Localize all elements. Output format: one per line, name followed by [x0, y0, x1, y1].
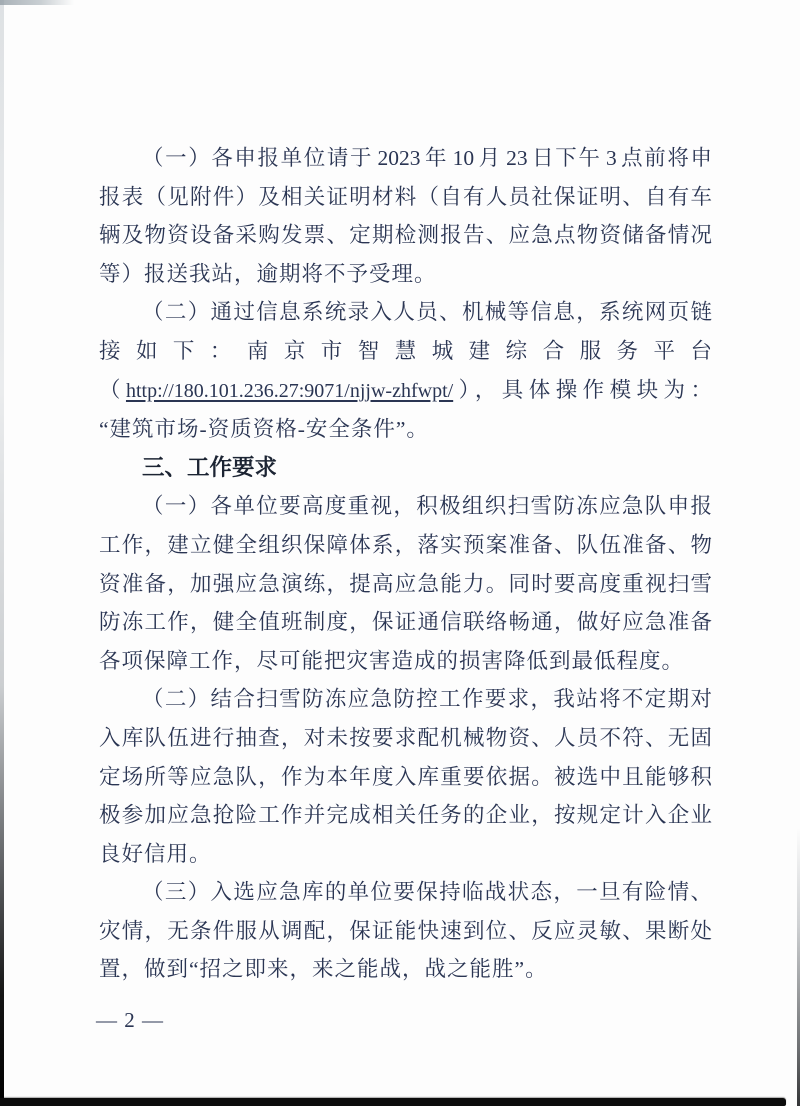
paragraph-information-system: （二）通过信息系统录入人员、机械等信息，系统网页链 接如下：南京市智慧城建综合服…	[99, 293, 712, 448]
text-line: 防冻工作，健全值班制度，保证通信联络畅通，做好应急准备	[99, 603, 712, 642]
text-line: 辆及物资设备采购发票、定期检测报告、应急点物资储备情况	[99, 216, 712, 255]
text-line: 报表（见附件）及相关证明材料（自有人员社保证明、自有车	[99, 178, 712, 217]
url-line: （http://180.101.236.27:9071/njjw-zhfwpt/…	[99, 371, 712, 411]
paragraph-work-requirement-2: （二）结合扫雪防冻应急防控工作要求，我站将不定期对 入库队伍进行抽查，对未按要求…	[99, 680, 712, 873]
section-heading-work-requirements: 三、工作要求	[99, 449, 712, 488]
paragraph-work-requirement-3: （三）入选应急库的单位要保持临战状态，一旦有险情、 灾情，无条件服从调配，保证能…	[99, 873, 712, 989]
text-line: 良好信用。	[99, 835, 712, 874]
text-line: “建筑市场-资质资格-安全条件”。	[99, 410, 712, 449]
url-suffix-text: ），具体操作模块为：	[453, 378, 712, 402]
text-line: （一）各申报单位请于 2023 年 10 月 23 日下午 3 点前将申	[99, 139, 712, 178]
page-number: — 2 —	[96, 1005, 164, 1035]
text-line: 各项保障工作，尽可能把灾害造成的损害降低到最低程度。	[99, 642, 712, 681]
text-line: （三）入选应急库的单位要保持临战状态，一旦有险情、	[99, 873, 712, 912]
text-line: 极参加应急抢险工作并完成相关任务的企业，按规定计入企业	[99, 796, 712, 835]
text-line: 资准备，加强应急演练，提高应急能力。同时要高度重视扫雪	[99, 565, 712, 604]
text-line: 灾情，无条件服从调配，保证能快速到位、反应灵敏、果断处	[99, 912, 712, 951]
text-line: 工作，建立健全组织保障体系，落实预案准备、队伍准备、物	[99, 526, 712, 565]
paragraph-work-requirement-1: （一）各单位要高度重视，积极组织扫雪防冻应急队申报 工作，建立健全组织保障体系，…	[99, 487, 712, 680]
document-body: （一）各申报单位请于 2023 年 10 月 23 日下午 3 点前将申 报表（…	[99, 139, 712, 989]
text-line: 接如下：南京市智慧城建综合服务平台	[99, 332, 712, 371]
url-open-paren: （	[99, 378, 126, 402]
text-line: 入库队伍进行抽查，对未按要求配机械物资、人员不符、无固	[99, 719, 712, 758]
text-line: （一）各单位要高度重视，积极组织扫雪防冻应急队申报	[99, 487, 712, 526]
text-line: （二）通过信息系统录入人员、机械等信息，系统网页链	[99, 293, 712, 332]
text-line: 定场所等应急队，作为本年度入库重要依据。被选中且能够积	[99, 758, 712, 797]
text-line: 等）报送我站，逾期将不予受理。	[99, 255, 712, 294]
text-line: （二）结合扫雪防冻应急防控工作要求，我站将不定期对	[99, 680, 712, 719]
text-line: 置，做到“招之即来，来之能战，战之能胜”。	[99, 950, 712, 989]
scan-edge-bottom	[0, 1098, 786, 1106]
scan-artifact-top-left	[0, 0, 74, 5]
scanned-document-page: （一）各申报单位请于 2023 年 10 月 23 日下午 3 点前将申 报表（…	[0, 0, 800, 1106]
platform-url: http://180.101.236.27:9071/njjw-zhfwpt/	[126, 380, 453, 402]
scan-edge-left	[0, 0, 4, 1106]
paragraph-submission-deadline: （一）各申报单位请于 2023 年 10 月 23 日下午 3 点前将申 报表（…	[99, 139, 712, 293]
